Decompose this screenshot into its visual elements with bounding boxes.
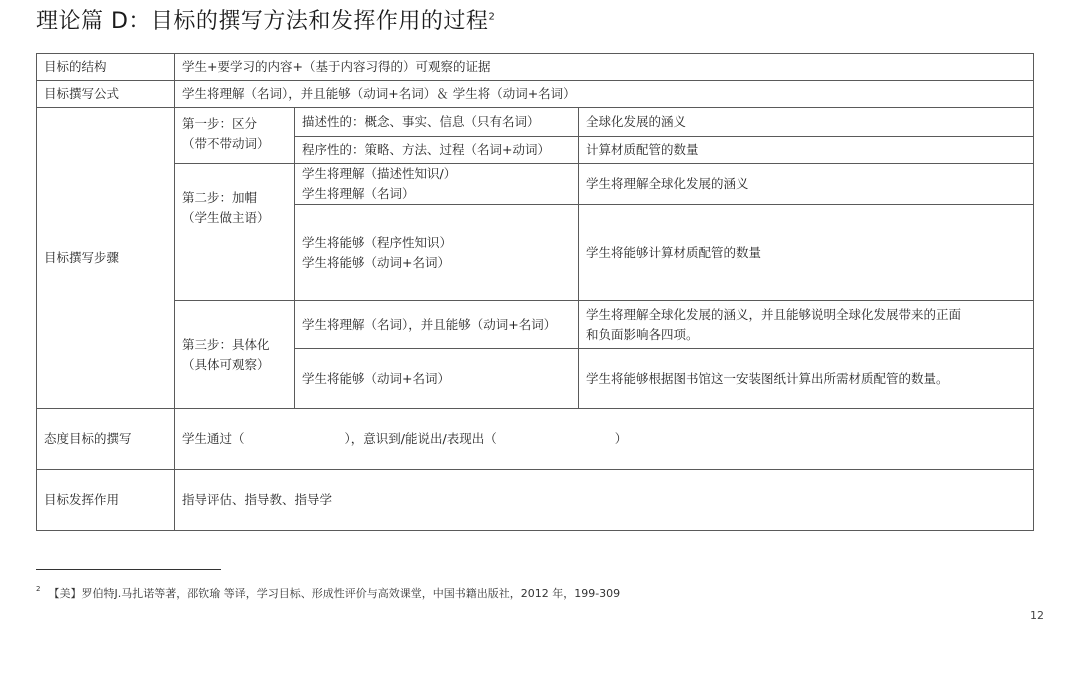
row-label: 目标撰写公式 bbox=[37, 81, 175, 108]
step-example: 全球化发展的涵义 bbox=[579, 108, 1034, 137]
step-subtitle: （带不带动词） bbox=[182, 134, 287, 154]
objectives-table: 目标的结构 学生+要学习的内容+（基于内容习得的）可观察的证据 目标撰写公式 学… bbox=[36, 53, 1034, 531]
example-line: 学生将理解全球化发展的涵义，并且能够说明全球化发展带来的正面 bbox=[586, 305, 1026, 325]
table-row-structure: 目标的结构 学生+要学习的内容+（基于内容习得的）可观察的证据 bbox=[37, 54, 1034, 81]
footnote-text: 【美】罗伯特J.马扎诺等著，邵钦瑜 等译，学习目标、形成性评价与高效课堂，中国书… bbox=[48, 587, 620, 600]
desc-line: 学生将能够（动词+名词） bbox=[302, 253, 571, 273]
page-title: 理论篇 D：目标的撰写方法和发挥作用的过程2 bbox=[36, 4, 495, 35]
row-value: 指导评估、指导教、指导学 bbox=[175, 470, 1034, 531]
step-desc: 程序性的：策略、方法、过程（名词+动词） bbox=[295, 137, 579, 164]
step-example: 学生将理解全球化发展的涵义 bbox=[579, 164, 1034, 205]
desc-line: 学生将理解（描述性知识/） bbox=[302, 164, 571, 184]
row-label: 目标撰写步骤 bbox=[37, 108, 175, 409]
footnote-divider bbox=[36, 569, 221, 570]
footnote-ref[interactable]: 2 bbox=[488, 12, 495, 23]
step-example: 学生将能够根据图书馆这一安装图纸计算出所需材质配管的数量。 bbox=[579, 349, 1034, 409]
step-example: 计算材质配管的数量 bbox=[579, 137, 1034, 164]
row-value: 学生+要学习的内容+（基于内容习得的）可观察的证据 bbox=[175, 54, 1034, 81]
step-subtitle: （学生做主语） bbox=[182, 208, 287, 228]
row-label: 态度目标的撰写 bbox=[37, 409, 175, 470]
table-row-formula: 目标撰写公式 学生将理解（名词），并且能够（动词+名词）＆ 学生将（动词+名词） bbox=[37, 81, 1034, 108]
footnote: 2【美】罗伯特J.马扎诺等著，邵钦瑜 等译，学习目标、形成性评价与高效课堂，中国… bbox=[36, 585, 620, 601]
step-desc: 学生将能够（程序性知识） 学生将能够（动词+名词） bbox=[295, 205, 579, 301]
step3-cell: 第三步：具体化 （具体可观察） bbox=[175, 301, 295, 409]
table-row-step1-a: 目标撰写步骤 第一步：区分 （带不带动词） 描述性的：概念、事实、信息（只有名词… bbox=[37, 108, 1034, 137]
footnote-number: 2 bbox=[36, 585, 40, 593]
page-number: 12 bbox=[1030, 609, 1044, 622]
step2-cell: 第二步：加帽 （学生做主语） bbox=[175, 164, 295, 301]
step-title: 第二步：加帽 bbox=[182, 188, 287, 208]
row-value: 学生通过（），意识到/能说出/表现出（） bbox=[175, 409, 1034, 470]
table-row-attitude: 态度目标的撰写 学生通过（），意识到/能说出/表现出（） bbox=[37, 409, 1034, 470]
attitude-text: 学生通过（ bbox=[182, 431, 245, 446]
step-desc: 学生将理解（名词），并且能够（动词+名词） bbox=[295, 301, 579, 349]
step-subtitle: （具体可观察） bbox=[182, 355, 287, 375]
step-example: 学生将理解全球化发展的涵义，并且能够说明全球化发展带来的正面 和负面影响各四项。 bbox=[579, 301, 1034, 349]
row-value: 学生将理解（名词），并且能够（动词+名词）＆ 学生将（动词+名词） bbox=[175, 81, 1034, 108]
step-desc: 描述性的：概念、事实、信息（只有名词） bbox=[295, 108, 579, 137]
desc-line: 学生将能够（程序性知识） bbox=[302, 233, 571, 253]
step-example: 学生将能够计算材质配管的数量 bbox=[579, 205, 1034, 301]
row-label: 目标发挥作用 bbox=[37, 470, 175, 531]
row-label: 目标的结构 bbox=[37, 54, 175, 81]
desc-line: 学生将理解（名词） bbox=[302, 184, 571, 204]
table-row-function: 目标发挥作用 指导评估、指导教、指导学 bbox=[37, 470, 1034, 531]
step-title: 第三步：具体化 bbox=[182, 335, 287, 355]
step-desc: 学生将能够（动词+名词） bbox=[295, 349, 579, 409]
example-line: 和负面影响各四项。 bbox=[586, 325, 1026, 345]
table-row-step2-a: 第二步：加帽 （学生做主语） 学生将理解（描述性知识/） 学生将理解（名词） 学… bbox=[37, 164, 1034, 205]
step1-cell: 第一步：区分 （带不带动词） bbox=[175, 108, 295, 164]
attitude-text: ） bbox=[615, 431, 628, 446]
page-title-text: 理论篇 D：目标的撰写方法和发挥作用的过程 bbox=[36, 9, 488, 34]
table-row-step3-a: 第三步：具体化 （具体可观察） 学生将理解（名词），并且能够（动词+名词） 学生… bbox=[37, 301, 1034, 349]
attitude-text: ），意识到/能说出/表现出（ bbox=[345, 431, 497, 446]
step-title: 第一步：区分 bbox=[182, 114, 287, 134]
step-desc: 学生将理解（描述性知识/） 学生将理解（名词） bbox=[295, 164, 579, 205]
